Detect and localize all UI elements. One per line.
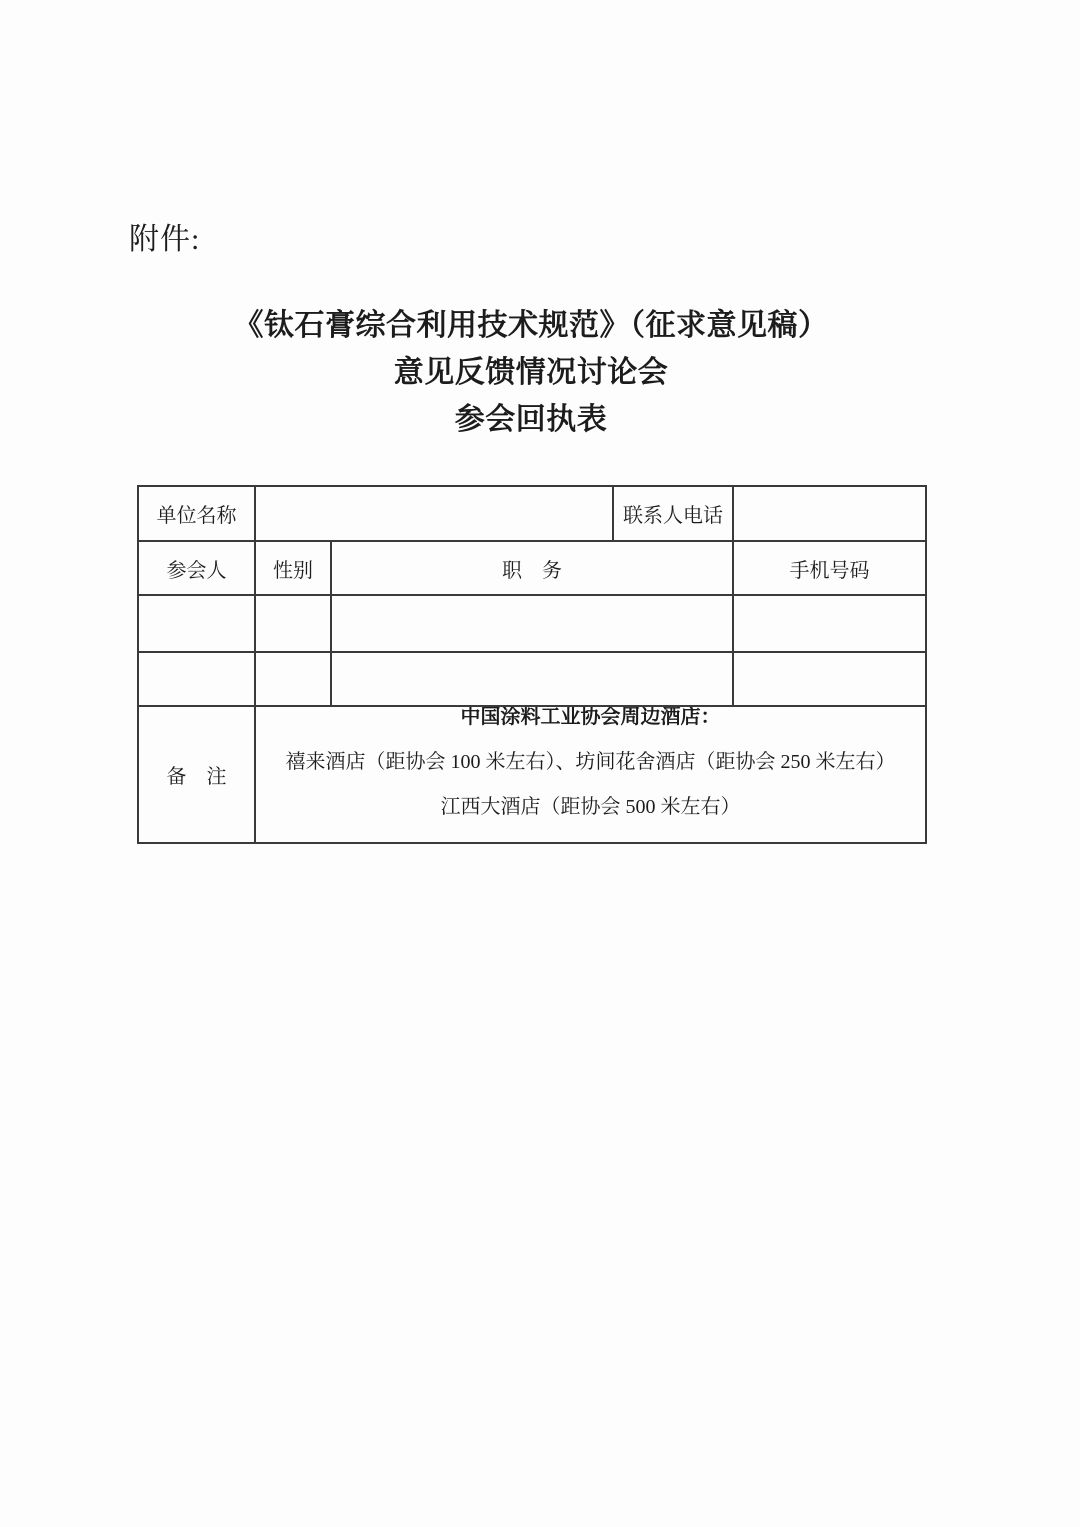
position-input-2[interactable] bbox=[331, 652, 733, 706]
mobile-input-2[interactable] bbox=[733, 652, 926, 706]
remarks-content: 中国涂料工业协会周边酒店： 禧来酒店（距协会 100 米左右）、坊间花舍酒店（距… bbox=[255, 706, 926, 843]
gender-label: 性别 bbox=[255, 541, 331, 595]
document-title: 《钛石膏综合利用技术规范》（征求意见稿） 意见反馈情况讨论会 参会回执表 bbox=[137, 302, 925, 443]
contact-phone-input[interactable] bbox=[733, 486, 926, 541]
remarks-line-1: 中国涂料工业协会周边酒店： bbox=[256, 707, 925, 728]
title-line-2: 意见反馈情况讨论会 bbox=[137, 349, 925, 396]
remarks-line-3: 江西大酒店（距协会 500 米左右） bbox=[256, 797, 925, 818]
table-row bbox=[138, 652, 926, 706]
participant-label: 参会人 bbox=[138, 541, 255, 595]
table-row bbox=[138, 595, 926, 652]
remarks-line-2: 禧来酒店（距协会 100 米左右）、坊间花舍酒店（距协会 250 米左右） bbox=[256, 752, 925, 773]
table-row: 单位名称 联系人电话 bbox=[138, 486, 926, 541]
position-input-1[interactable] bbox=[331, 595, 733, 652]
document-page: 附件: 《钛石膏综合利用技术规范》（征求意见稿） 意见反馈情况讨论会 参会回执表… bbox=[0, 0, 1080, 1527]
gender-input-2[interactable] bbox=[255, 652, 331, 706]
title-line-1: 《钛石膏综合利用技术规范》（征求意见稿） bbox=[137, 302, 925, 349]
table-row: 参会人 性别 职 务 手机号码 bbox=[138, 541, 926, 595]
attachment-label: 附件: bbox=[129, 214, 200, 258]
title-line-3: 参会回执表 bbox=[137, 396, 925, 443]
participant-name-input-2[interactable] bbox=[138, 652, 255, 706]
reply-form-table: 单位名称 联系人电话 参会人 性别 职 务 手机号码 bbox=[137, 485, 927, 844]
mobile-input-1[interactable] bbox=[733, 595, 926, 652]
remarks-label: 备 注 bbox=[138, 706, 255, 843]
gender-input-1[interactable] bbox=[255, 595, 331, 652]
unit-name-label: 单位名称 bbox=[138, 486, 255, 541]
participant-name-input-1[interactable] bbox=[138, 595, 255, 652]
mobile-label: 手机号码 bbox=[733, 541, 926, 595]
unit-name-input[interactable] bbox=[255, 486, 613, 541]
position-label: 职 务 bbox=[331, 541, 733, 595]
contact-phone-label: 联系人电话 bbox=[613, 486, 733, 541]
table-row: 备 注 中国涂料工业协会周边酒店： 禧来酒店（距协会 100 米左右）、坊间花舍… bbox=[138, 706, 926, 843]
